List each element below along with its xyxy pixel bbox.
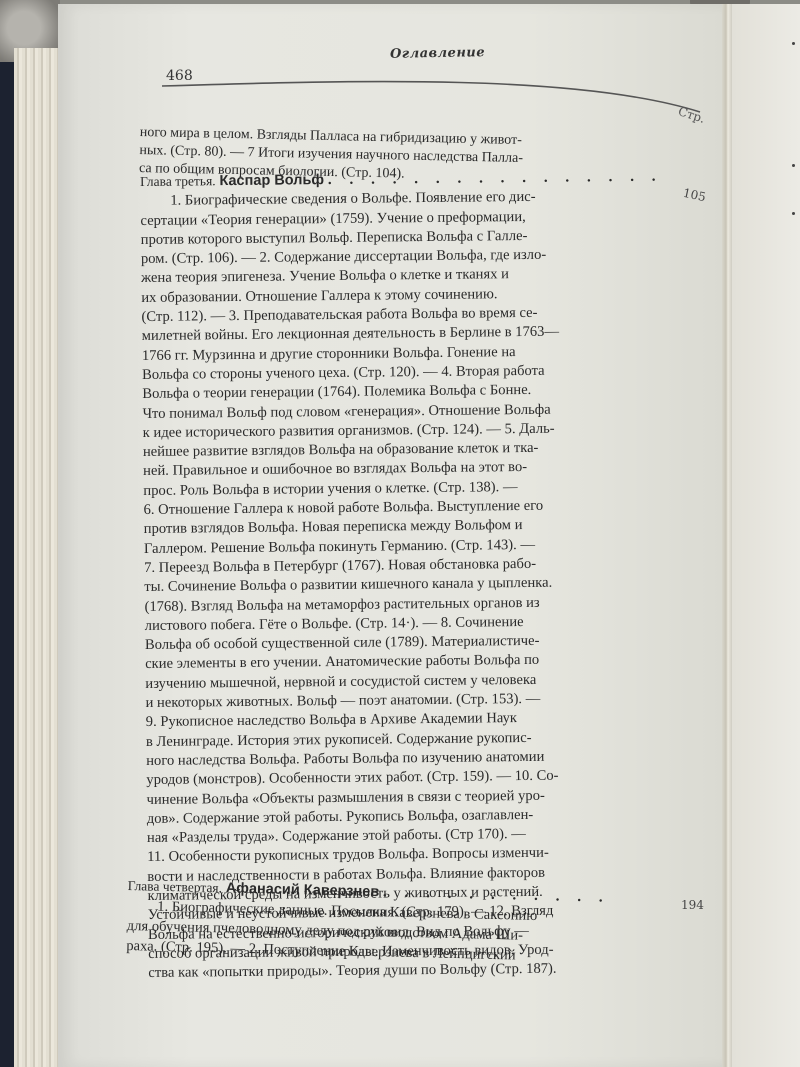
page-stack-edges [14,48,64,1067]
chapter-title: Каспар Вольф [219,172,324,189]
chapter-4-page-number: 194 [681,898,704,912]
chapter-4-entry: Глава четвертая. Афанасий Каверзнев . . … [126,876,610,968]
running-head: Оглавление [390,45,485,62]
dot-leaders: . . . . . . . . . . . . . . . . [328,168,663,189]
book-gutter [722,4,732,1067]
chapter-prefix: Глава четвертая. [128,878,223,895]
book-page-right [732,4,800,1067]
chapter-title: Афанасий Каверзнев [226,880,380,900]
chapter-prefix: Глава третья. [140,173,216,189]
page-number: 468 [166,68,193,84]
chapter-3-entry: Глава третья. Каспар Вольф . . . . . . .… [140,167,671,984]
